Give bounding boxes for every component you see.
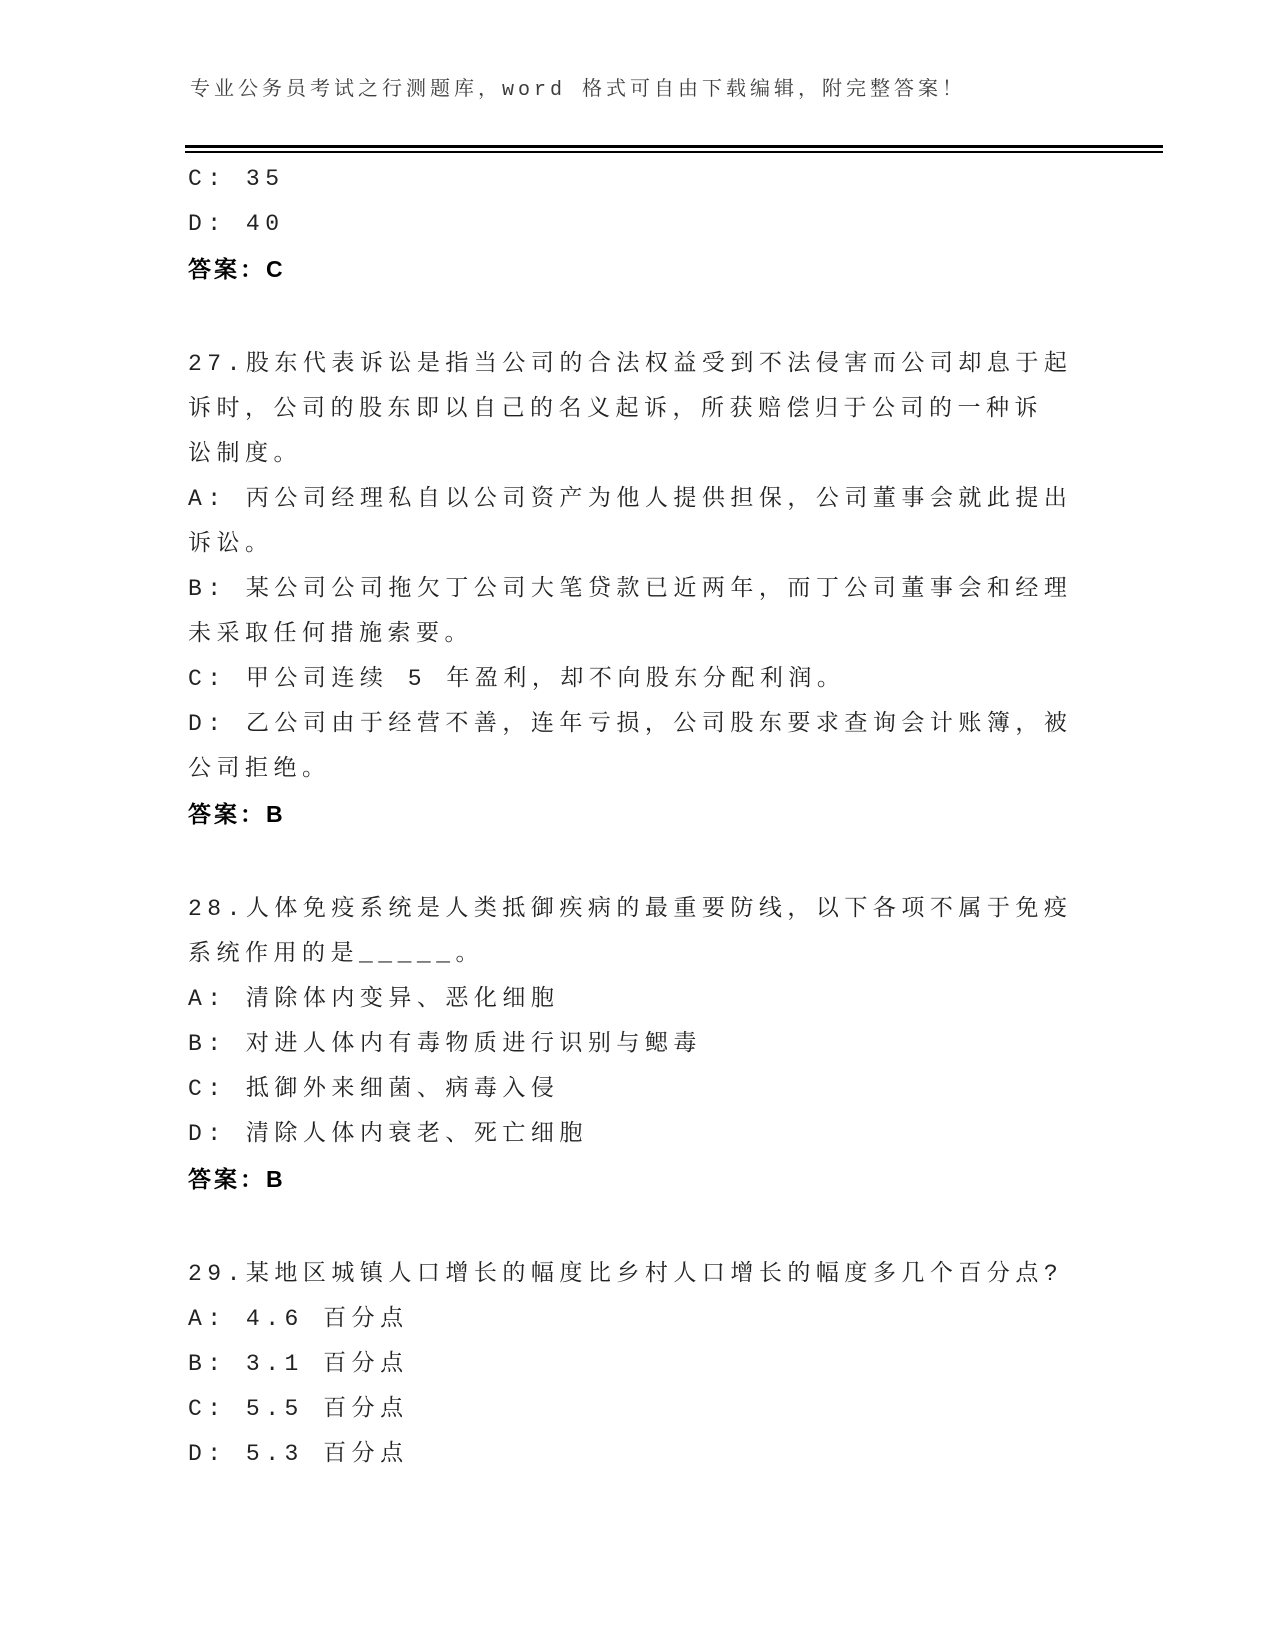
question-27: 27.股东代表诉讼是指当公司的合法权益受到不法侵害而公司却息于起 诉时，公司的股… bbox=[188, 342, 1083, 837]
document-body: C: 35 D: 40 答案：C 27.股东代表诉讼是指当公司的合法权益受到不法… bbox=[188, 157, 1083, 1477]
prev-option-d: D: 40 bbox=[188, 202, 1083, 247]
q29-option-b: B: 3.1 百分点 bbox=[188, 1342, 1083, 1387]
q27-stem-line-3: 讼制度。 bbox=[188, 432, 1083, 477]
q28-option-b: B: 对进人体内有毒物质进行识别与鳃毒 bbox=[188, 1022, 1083, 1067]
page-header-text: 专业公务员考试之行测题库，word 格式可自由下载编辑，附完整答案！ bbox=[190, 72, 1170, 102]
q27-option-b-line-1: B: 某公司公司拖欠丁公司大笔贷款已近两年，而丁公司董事会和经理 bbox=[188, 567, 1083, 612]
q29-option-a: A: 4.6 百分点 bbox=[188, 1297, 1083, 1342]
q28-option-d: D: 清除人体内衰老、死亡细胞 bbox=[188, 1112, 1083, 1157]
question-29: 29.某地区城镇人口增长的幅度比乡村人口增长的幅度多几个百分点? A: 4.6 … bbox=[188, 1252, 1083, 1477]
q28-option-a: A: 清除体内变异、恶化细胞 bbox=[188, 977, 1083, 1022]
prev-question-tail: C: 35 D: 40 答案：C bbox=[188, 157, 1083, 292]
q27-stem-line-1: 27.股东代表诉讼是指当公司的合法权益受到不法侵害而公司却息于起 bbox=[188, 342, 1083, 387]
q29-option-d: D: 5.3 百分点 bbox=[188, 1432, 1083, 1477]
q27-answer: 答案：B bbox=[188, 792, 1083, 837]
header-double-rule bbox=[185, 145, 1163, 153]
q28-option-c: C: 抵御外来细菌、病毒入侵 bbox=[188, 1067, 1083, 1112]
q28-answer: 答案：B bbox=[188, 1157, 1083, 1202]
q27-option-b-line-2: 未采取任何措施索要。 bbox=[188, 612, 1083, 657]
q27-option-d-line-2: 公司拒绝。 bbox=[188, 747, 1083, 792]
q28-stem-line-1: 28.人体免疫系统是人类抵御疾病的最重要防线，以下各项不属于免疫 bbox=[188, 887, 1083, 932]
q28-stem-line-2: 系统作用的是_____。 bbox=[188, 932, 1083, 977]
q29-option-c: C: 5.5 百分点 bbox=[188, 1387, 1083, 1432]
prev-option-c: C: 35 bbox=[188, 157, 1083, 202]
document-page: 专业公务员考试之行测题库，word 格式可自由下载编辑，附完整答案！ C: 35… bbox=[0, 0, 1275, 1650]
q27-stem-line-2: 诉时，公司的股东即以自己的名义起诉，所获赔偿归于公司的一种诉 bbox=[188, 387, 1083, 432]
prev-answer: 答案：C bbox=[188, 247, 1083, 292]
q27-option-d-line-1: D: 乙公司由于经营不善，连年亏损，公司股东要求查询会计账簿，被 bbox=[188, 702, 1083, 747]
q27-option-a-line-2: 诉讼。 bbox=[188, 522, 1083, 567]
q27-option-c: C: 甲公司连续 5 年盈利，却不向股东分配利润。 bbox=[188, 657, 1083, 702]
q29-stem: 29.某地区城镇人口增长的幅度比乡村人口增长的幅度多几个百分点? bbox=[188, 1252, 1083, 1297]
question-28: 28.人体免疫系统是人类抵御疾病的最重要防线，以下各项不属于免疫 系统作用的是_… bbox=[188, 887, 1083, 1202]
q27-option-a-line-1: A: 丙公司经理私自以公司资产为他人提供担保，公司董事会就此提出 bbox=[188, 477, 1083, 522]
